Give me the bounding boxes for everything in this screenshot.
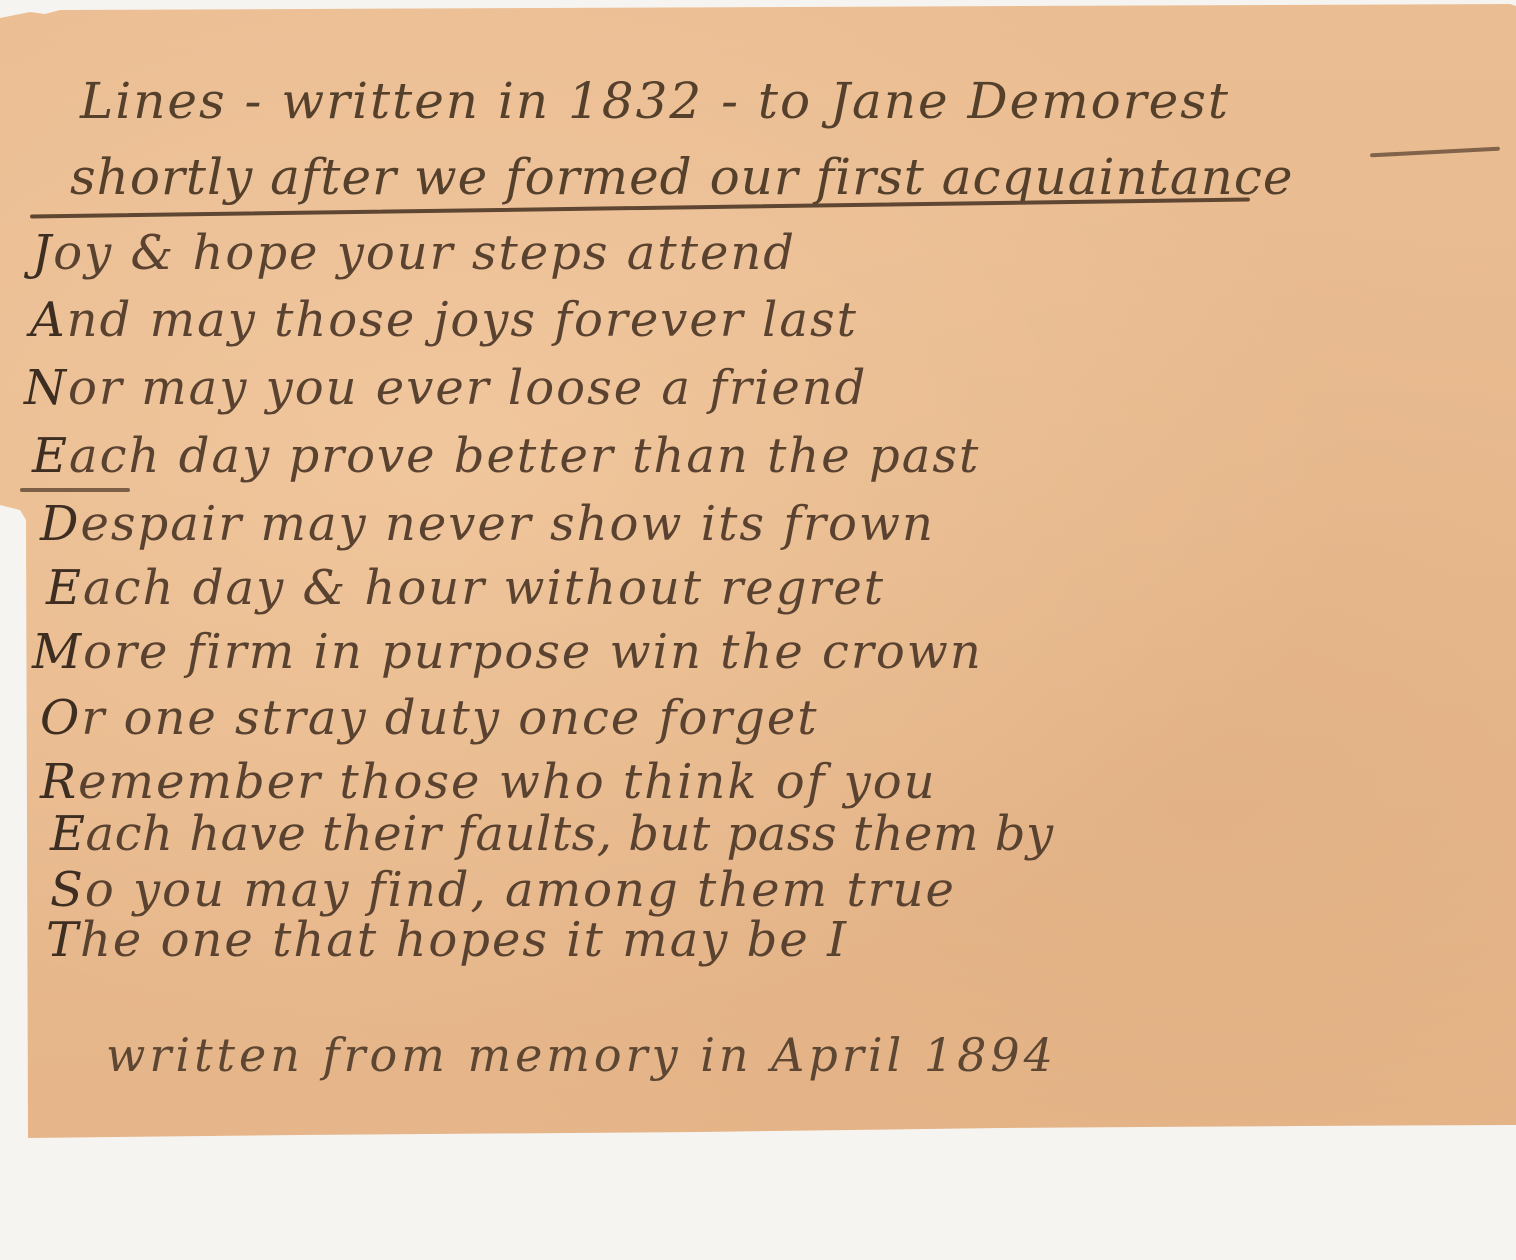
acrostic-initial: A — [30, 292, 67, 348]
stanza-divider — [20, 488, 130, 492]
acrostic-initial: D — [40, 496, 80, 552]
acrostic-initial: E — [46, 560, 83, 616]
footer-note: written from memory in April 1894 — [106, 1028, 1057, 1082]
acrostic-initial: T — [46, 912, 80, 968]
acrostic-initial: S — [50, 862, 85, 918]
verse-text: ach have their faults, but pass them by — [86, 806, 1054, 862]
verse-line-3: Nor may you ever loose a friend — [24, 360, 867, 416]
acrostic-initial: E — [32, 428, 69, 484]
verse-line-6: Each day & hour without regret — [46, 560, 885, 616]
verse-line-5: Despair may never show its frown — [40, 496, 935, 552]
verse-text: ore firm in purpose win the crown — [83, 624, 983, 680]
verse-line-9: Remember those who think of you — [40, 754, 937, 810]
verse-text: ach day prove better than the past — [69, 428, 980, 484]
verse-line-11: So you may find, among them true — [50, 862, 956, 918]
scanned-document: Lines - written in 1832 - to Jane Demore… — [0, 0, 1516, 1260]
verse-text: nd may those joys forever last — [67, 292, 858, 348]
acrostic-initial: J — [32, 225, 53, 281]
verse-text: ach day & hour without regret — [83, 560, 885, 616]
verse-line-12: The one that hopes it may be I — [46, 912, 848, 968]
verse-line-1: Joy & hope your steps attend — [32, 225, 796, 281]
verse-line-2: And may those joys forever last — [30, 292, 858, 348]
acrostic-initial: E — [50, 806, 86, 862]
verse-line-8: Or one stray duty once forget — [40, 690, 819, 746]
verse-text: o you may find, among them true — [85, 862, 956, 918]
verse-text: oy & hope your steps attend — [53, 225, 796, 281]
heading-line-1: Lines - written in 1832 - to Jane Demore… — [80, 72, 1230, 130]
verse-line-4: Each day prove better than the past — [32, 428, 980, 484]
acrostic-initial: M — [32, 624, 83, 680]
acrostic-initial: N — [24, 360, 68, 416]
heading-line-2: shortly after we formed our first acquai… — [70, 148, 1293, 206]
verse-line-7: More firm in purpose win the crown — [32, 624, 983, 680]
verse-text: r one stray duty once forget — [81, 690, 818, 746]
verse-text: he one that hopes it may be I — [80, 912, 848, 968]
acrostic-initial: R — [40, 754, 78, 810]
verse-text: espair may never show its frown — [80, 496, 934, 552]
verse-line-10: Each have their faults, but pass them by — [50, 806, 1054, 862]
acrostic-initial: O — [40, 690, 81, 746]
verse-text: or may you ever loose a friend — [68, 360, 867, 416]
verse-text: emember those who think of you — [78, 754, 936, 810]
